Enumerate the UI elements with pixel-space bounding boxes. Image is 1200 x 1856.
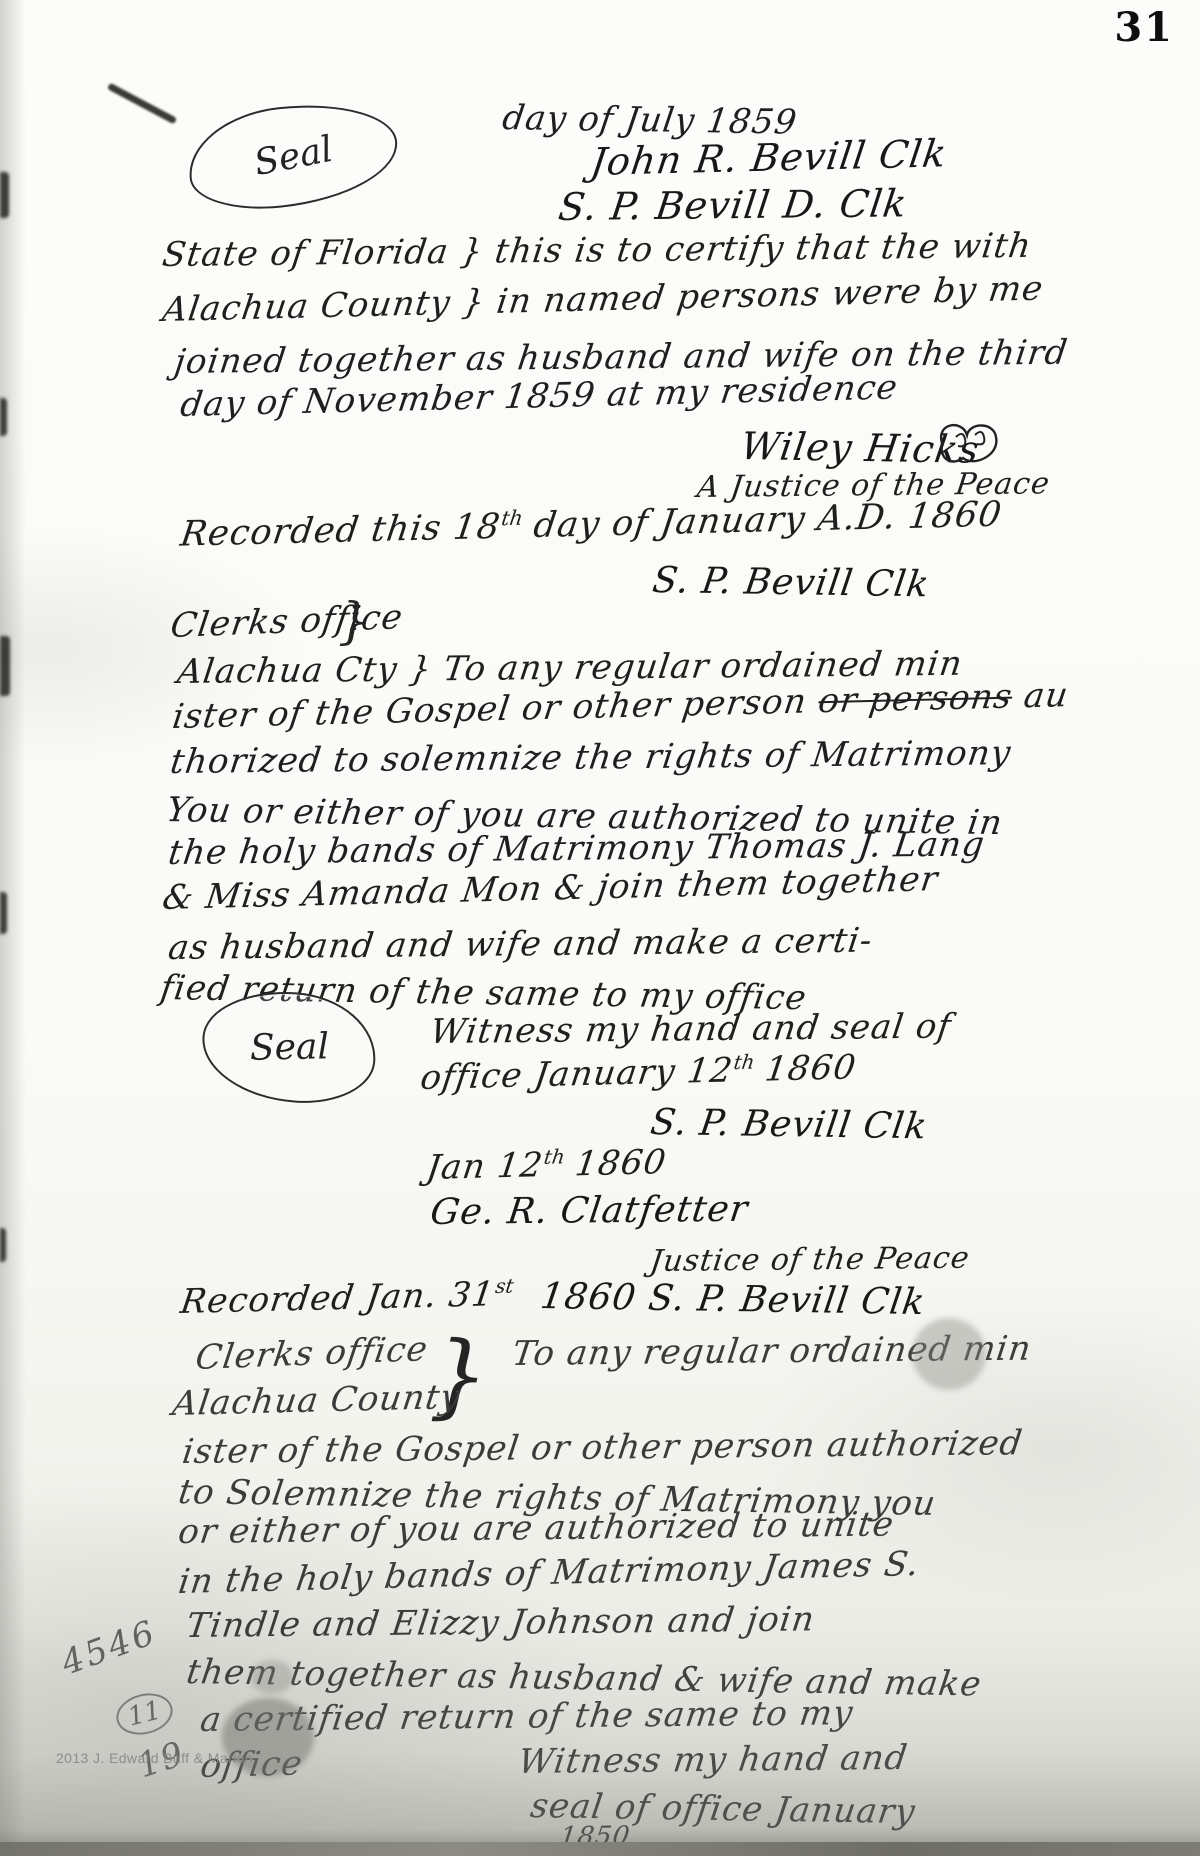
deputy-clerk-signature: S. P. Bevill D. Clk (556, 181, 910, 229)
handwritten-line: office January 12th 1860 (418, 1047, 859, 1098)
clerks-office-heading: Clerks office (193, 1329, 431, 1378)
scanned-document-page: 31 Seal day of July 1859 John R. Bevill … (0, 0, 1200, 1856)
handwritten-line: thorized to solemnize the rights of Matr… (168, 733, 1014, 782)
scan-edge-mark (0, 636, 10, 696)
record-date-line: Recorded Jan. 31st (178, 1274, 515, 1322)
scan-bottom-edge (0, 1842, 1200, 1856)
seal-label: Seal (249, 1026, 329, 1068)
handwritten-line: in the holy bands of Matrimony James S. (176, 1544, 922, 1602)
justice-title: Justice of the Peace (648, 1241, 972, 1279)
handwritten-line: State of Florida } this is to certify th… (160, 226, 1034, 275)
justice-signature: Ge. R. Clatfetter (428, 1189, 751, 1233)
page-number: 31 (1114, 4, 1174, 51)
handwritten-line: or either of you are authorized to unite (176, 1505, 897, 1552)
flourish-seal-icon (930, 416, 1006, 474)
ink-stain (912, 1318, 986, 1390)
bottom-shadow (0, 1626, 1200, 1856)
handwritten-line: ister of the Gospel or other person auth… (180, 1423, 1025, 1472)
brace-mark: } (338, 592, 370, 650)
handwritten-line: Witness my hand and seal of (428, 1007, 954, 1052)
handwritten-line: Alachua County (170, 1377, 463, 1424)
seal-drawing: Seal (183, 95, 402, 216)
clerk-signature: John R. Bevill Clk (588, 131, 950, 184)
seal-label: Seal (250, 128, 335, 183)
handwritten-line: Jan 12th 1860 (424, 1142, 669, 1188)
clerks-office-heading: Clerks office (168, 597, 406, 646)
scan-edge-mark (0, 892, 7, 934)
record-date-line: Recorded this 18th day of January A.D. 1… (178, 494, 1005, 555)
clerk-signature: 1860 S. P. Bevill Clk (538, 1276, 928, 1323)
scan-edge-mark (0, 172, 9, 218)
scan-edge-mark (0, 398, 7, 436)
scan-edge-mark (0, 1228, 6, 1262)
pen-slash-mark (107, 83, 177, 125)
clerk-signature: S. P. Bevill Clk (650, 560, 932, 605)
handwritten-line: Alachua County } in named persons were b… (160, 269, 1046, 330)
handwritten-line: as husband and wife and make a certi- (166, 921, 875, 968)
clerk-signature: S. P. Bevill Clk (648, 1102, 930, 1147)
